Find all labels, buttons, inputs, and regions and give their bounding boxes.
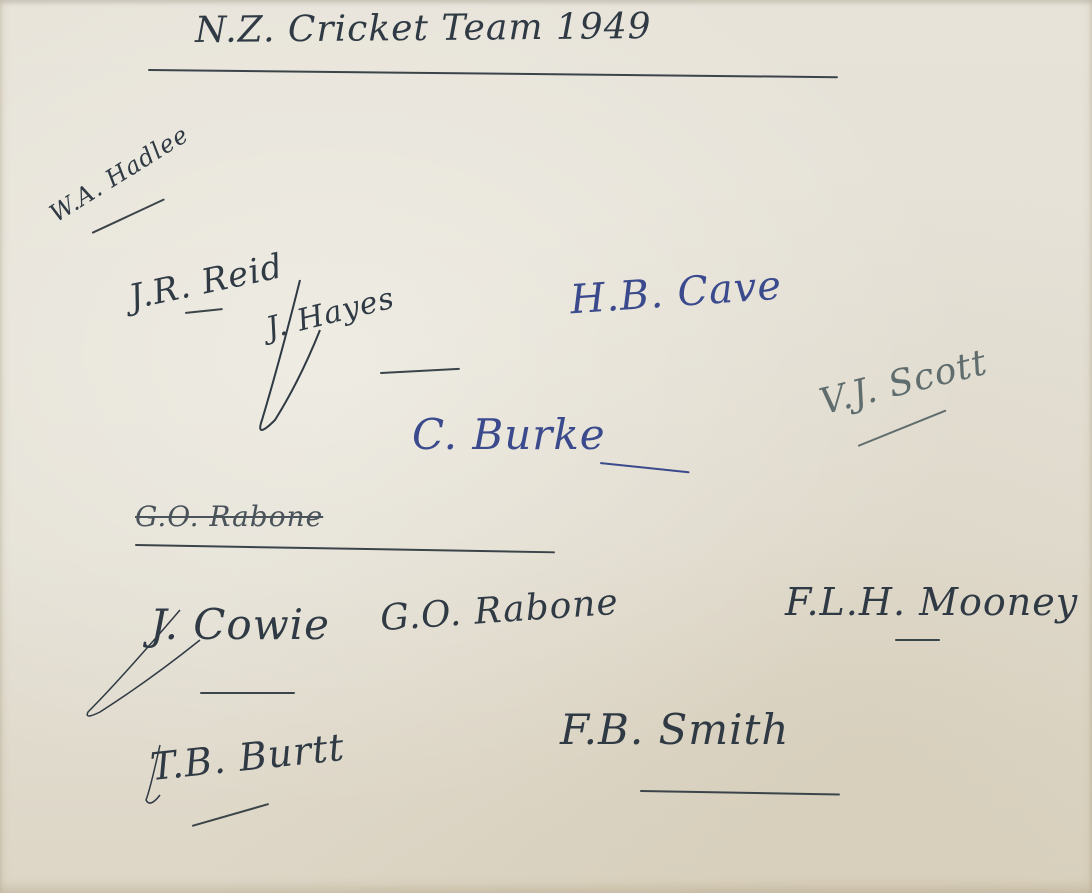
signature-cave: H.B. Cave (569, 263, 784, 324)
signature-mooney: F.L.H. Mooney (785, 580, 1078, 624)
strike-line (135, 544, 555, 553)
page-title: N.Z. Cricket Team 1949 (195, 6, 652, 51)
signature-cowie: J. Cowie (150, 600, 330, 649)
signature-underline (858, 409, 947, 446)
signature-underline (92, 198, 165, 234)
signature-rabone: G.O. Rabone (379, 582, 620, 640)
autograph-page: N.Z. Cricket Team 1949 W.A. Hadlee J.R. … (0, 0, 1092, 893)
signature-underline (185, 308, 223, 314)
signature-scott: V.J. Scott (816, 342, 992, 423)
signature-burtt: T.B. Burtt (148, 725, 347, 789)
signature-underline (380, 368, 460, 374)
signature-struck: G.O. Rabone (135, 500, 323, 533)
signature-hadlee: W.A. Hadlee (45, 120, 194, 228)
signature-underline (640, 790, 840, 795)
signature-smith: F.B. Smith (560, 705, 789, 754)
title-underline (148, 69, 838, 78)
signature-underline (895, 639, 940, 641)
signature-hayes: J. Hayes (263, 281, 399, 347)
signature-underline (200, 692, 295, 694)
signature-underline (192, 803, 269, 827)
signature-underline (600, 462, 690, 473)
signature-burke: C. Burke (412, 410, 606, 459)
signature-reid: J.R. Reid (126, 246, 287, 318)
